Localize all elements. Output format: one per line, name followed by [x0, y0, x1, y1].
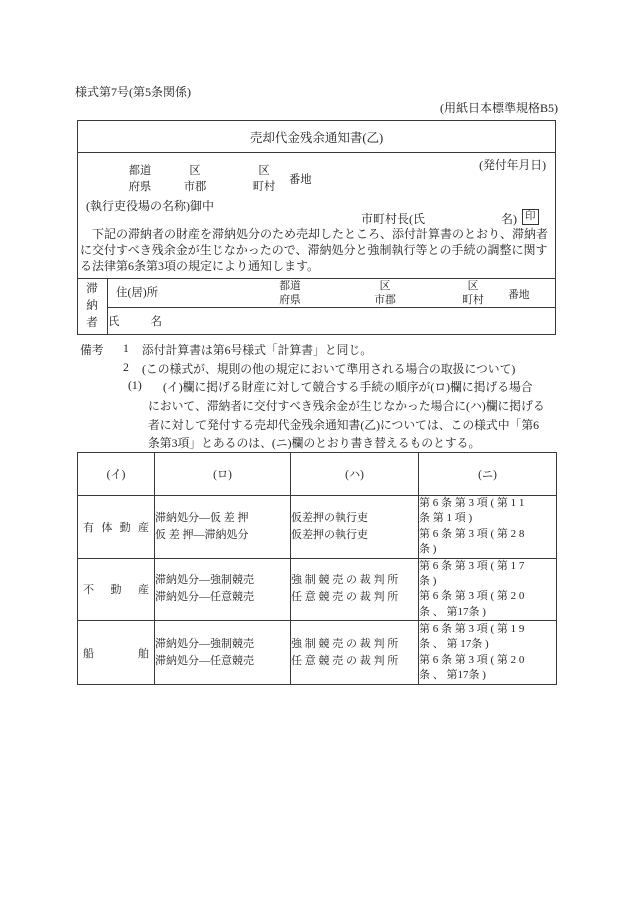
procedure-order-cell: 滞納処分—仮 差 押 仮 差 押—滞納処分 [155, 496, 291, 559]
asset-type-label: 有体動産 [83, 519, 149, 535]
notice-title: 売却代金残余通知書(乙) [77, 128, 556, 146]
address-col-city: 区 市郡 [181, 163, 209, 195]
note-sub-item-line-2: において、滞納者に交付すべき残余金が生じなかった場合に(ハ)欄に掲げる [148, 397, 545, 414]
address-col-prefecture: 都道 府県 [126, 163, 154, 195]
notified-official-cell: 仮差押の執行吏 仮差押の執行吏 [291, 496, 419, 559]
note-item-2-text: (この様式が、規則の他の規定において準用される場合の取扱について) [142, 360, 515, 377]
procedure-order-cell: 滞納処分—強制競売 滞納処分—任意競売 [155, 558, 291, 621]
table-row-vessels: 船舶 滞納処分—強制競売 滞納処分—任意競売 強 制 競 売 の 裁 判 所 任… [78, 621, 557, 685]
procedure-order-cell: 滞納処分—強制競売 滞納処分—任意競売 [155, 621, 291, 685]
debtor-address-col-town: 区 町村 [459, 280, 487, 307]
debtor-address-col-prefecture: 都道 府県 [276, 280, 304, 307]
paper-standard-note: (用紙日本標準規格B5) [77, 99, 558, 116]
table-header-ro: (ロ) [155, 453, 291, 496]
document-page: 様式第7号(第5条関係) (用紙日本標準規格B5) 売却代金残余通知書(乙) (… [0, 0, 630, 915]
debtor-address-label: 住(居)所 [116, 284, 158, 300]
debtor-label: 滞 納 者 [77, 281, 107, 332]
form-number: 様式第7号(第5条関係) [75, 83, 191, 100]
title-divider [77, 152, 556, 153]
table-header-row: (イ) (ロ) (ハ) (ニ) [78, 453, 557, 496]
notified-official-cell: 強 制 競 売 の 裁 判 所 任 意 競 売 の 裁 判 所 [291, 558, 419, 621]
address-banchi-label: 番地 [289, 171, 312, 187]
table-header-ha: (ハ) [291, 453, 419, 496]
recipient-line: (執行吏役場の名称)御中 [86, 197, 214, 214]
table-header-i: (イ) [78, 453, 155, 496]
note-item-2-number: 2 [123, 360, 129, 375]
notice-body-line-1: 下記の滞納者の財産を滞納処分のため売却したところ、添付計算書のとおり、滞納者 [80, 225, 548, 242]
provision-rewrite-cell: 第 6 条 第 3 項 ( 第 1 7 条 ) 第 6 条 第 3 項 ( 第 … [419, 558, 557, 621]
asset-type-cell: 有体動産 [78, 496, 155, 559]
asset-type-label: 船舶 [83, 645, 149, 661]
seal-mark: 印 [522, 209, 539, 225]
notice-body-line-2: に交付すべき残余金が生じなかったので、滞納処分と強制執行等との手続の調整に関す [80, 241, 548, 258]
asset-type-cell: 不動産 [78, 558, 155, 621]
asset-type-cell: 船舶 [78, 621, 155, 685]
asset-type-label: 不動産 [83, 581, 149, 597]
table-row-real-estate: 不動産 滞納処分—強制競売 滞納処分—任意競売 強 制 競 売 の 裁 判 所 … [78, 558, 557, 621]
table-header-ni: (ニ) [419, 453, 557, 496]
provision-rewrite-cell: 第 6 条 第 3 項 ( 第 1 9 条 、 第 17条 ) 第 6 条 第 … [419, 621, 557, 685]
note-item-1-text: 添付計算書は第6号様式「計算書」と同じ。 [142, 341, 372, 358]
debtor-address-banchi-label: 番地 [508, 287, 530, 302]
provision-correspondence-table: (イ) (ロ) (ハ) (ニ) 有体動産 滞納処分—仮 差 押 仮 差 押—滞納… [77, 452, 557, 685]
note-sub-item-line-3: 者に対して発付する売却代金残余通知書(乙)については、この様式中「第6 [148, 416, 539, 433]
provision-rewrite-cell: 第 6 条 第 3 項 ( 第 1 1 条 第 1 項 ) 第 6 条 第 3 … [419, 496, 557, 559]
debtor-name-label: 氏名 [108, 313, 162, 329]
note-sub-item-line-4: 条第3項」とあるのは、(ニ)欄のとおり書き替えるものとする。 [148, 434, 480, 451]
debtor-address-col-city: 区 市郡 [371, 280, 399, 307]
debtor-row-divider [107, 307, 556, 308]
notice-body-line-3: る法律第6条第3項の規定により通知します。 [80, 257, 319, 274]
table-row-movables: 有体動産 滞納処分—仮 差 押 仮 差 押—滞納処分 仮差押の執行吏 仮差押の執… [78, 496, 557, 559]
note-sub-item-line-1: (イ)欄に掲げる財産に対して競合する手続の順序が(ロ)欄に掲げる場合 [163, 378, 533, 395]
note-item-1-number: 1 [123, 341, 129, 356]
notes-label: 備考 [80, 341, 104, 358]
address-col-town: 区 町村 [250, 163, 278, 195]
debtor-section-top-border [77, 278, 556, 279]
note-sub-item-number: (1) [128, 378, 142, 393]
notified-official-cell: 強 制 競 売 の 裁 判 所 任 意 競 売 の 裁 判 所 [291, 621, 419, 685]
